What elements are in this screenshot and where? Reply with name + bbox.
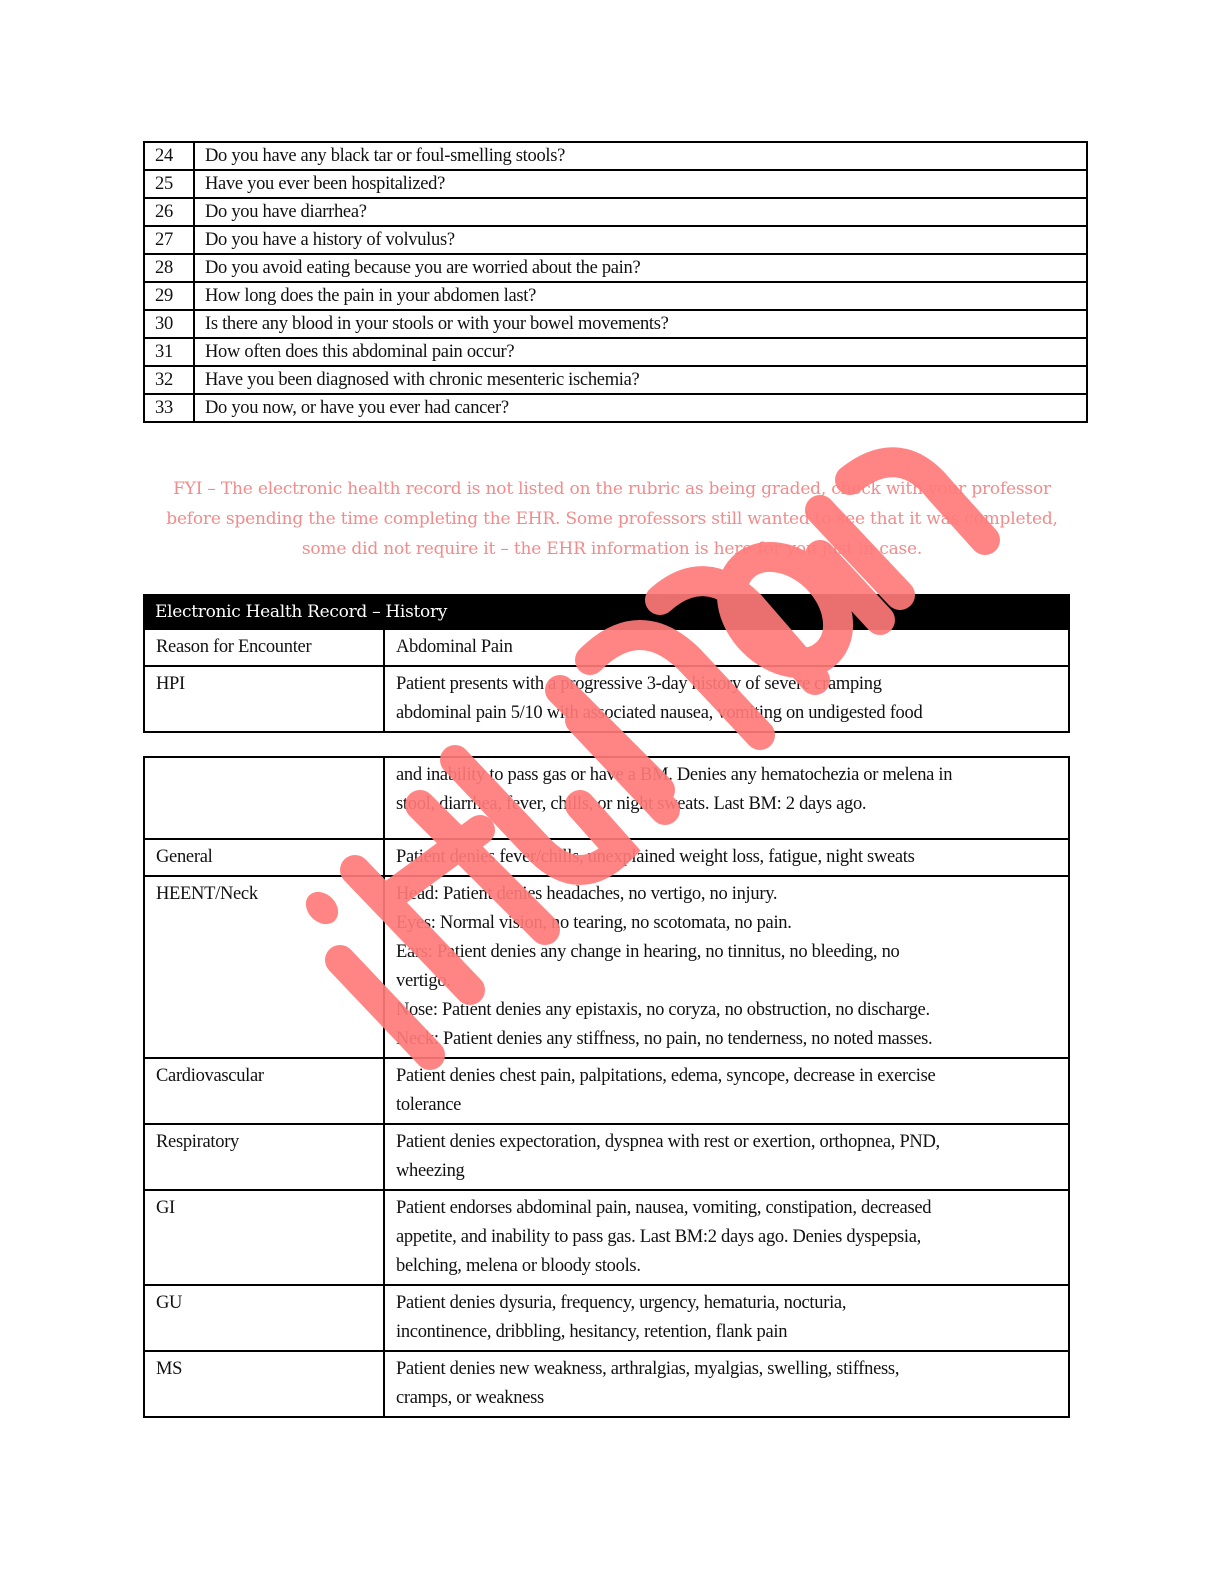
- system-line: Patient denies expectoration, dyspnea wi…: [396, 1128, 1058, 1157]
- question-text: Do you now, or have you ever had cancer?: [194, 394, 1087, 422]
- question-number: 33: [144, 394, 194, 422]
- system-line: Eyes: Normal vision, no tearing, no scot…: [396, 909, 1058, 938]
- question-number: 32: [144, 366, 194, 394]
- system-label: GU: [144, 1285, 384, 1351]
- reason-label: Reason for Encounter: [144, 629, 384, 666]
- ehr-header-row: Electronic Health Record – History: [144, 595, 1069, 629]
- system-value: Patient denies new weakness, arthralgias…: [384, 1351, 1069, 1417]
- hpi-continued-value: and inability to pass gas or have a BM. …: [384, 757, 1069, 839]
- system-label: GI: [144, 1190, 384, 1285]
- hpi-value: Patient presents with a progressive 3-da…: [384, 666, 1069, 732]
- question-row: 29How long does the pain in your abdomen…: [144, 282, 1087, 310]
- system-line: incontinence, dribbling, hesitancy, rete…: [396, 1318, 1058, 1347]
- question-text: Have you been diagnosed with chronic mes…: [194, 366, 1087, 394]
- system-line: Patient denies dysuria, frequency, urgen…: [396, 1289, 1058, 1318]
- question-number: 25: [144, 170, 194, 198]
- hpi-line: stool, diarrhea, fever, chills, or night…: [396, 790, 1058, 819]
- ehr-row-respiratory: RespiratoryPatient denies expectoration,…: [144, 1124, 1069, 1190]
- reason-value: Abdominal Pain: [384, 629, 1069, 666]
- document-page: 24Do you have any black tar or foul-smel…: [0, 0, 1224, 1584]
- ehr-row-cardiovascular: CardiovascularPatient denies chest pain,…: [144, 1058, 1069, 1124]
- question-row: 33Do you now, or have you ever had cance…: [144, 394, 1087, 422]
- question-text: Do you have diarrhea?: [194, 198, 1087, 226]
- system-label: MS: [144, 1351, 384, 1417]
- question-text: How long does the pain in your abdomen l…: [194, 282, 1087, 310]
- system-label: Respiratory: [144, 1124, 384, 1190]
- system-line: vertigo.: [396, 967, 1058, 996]
- system-line: Neck: Patient denies any stiffness, no p…: [396, 1025, 1058, 1054]
- ehr-row-gi: GIPatient endorses abdominal pain, nause…: [144, 1190, 1069, 1285]
- question-table: 24Do you have any black tar or foul-smel…: [143, 141, 1088, 423]
- system-value: Head: Patient denies headaches, no verti…: [384, 876, 1069, 1058]
- question-row: 31How often does this abdominal pain occ…: [144, 338, 1087, 366]
- question-number: 29: [144, 282, 194, 310]
- question-row: 24Do you have any black tar or foul-smel…: [144, 142, 1087, 170]
- system-line: Nose: Patient denies any epistaxis, no c…: [396, 996, 1058, 1025]
- system-value: Patient endorses abdominal pain, nausea,…: [384, 1190, 1069, 1285]
- system-line: tolerance: [396, 1091, 1058, 1120]
- hpi-continued-label: [144, 757, 384, 839]
- question-row: 27Do you have a history of volvulus?: [144, 226, 1087, 254]
- question-number: 30: [144, 310, 194, 338]
- system-value: Patient denies chest pain, palpitations,…: [384, 1058, 1069, 1124]
- question-text: How often does this abdominal pain occur…: [194, 338, 1087, 366]
- hpi-line: Patient presents with a progressive 3-da…: [396, 670, 1058, 699]
- system-value: Patient denies fever/chills, unexplained…: [384, 839, 1069, 876]
- ehr-history-table: Electronic Health Record – History Reaso…: [143, 594, 1070, 733]
- question-row: 30Is there any blood in your stools or w…: [144, 310, 1087, 338]
- question-text: Do you have any black tar or foul-smelli…: [194, 142, 1087, 170]
- system-value: Patient denies dysuria, frequency, urgen…: [384, 1285, 1069, 1351]
- ehr-row-general: GeneralPatient denies fever/chills, unex…: [144, 839, 1069, 876]
- system-label: HEENT/Neck: [144, 876, 384, 1058]
- hpi-line: abdominal pain 5/10 with associated naus…: [396, 699, 1058, 728]
- hpi-line: and inability to pass gas or have a BM. …: [396, 761, 1058, 790]
- question-number: 24: [144, 142, 194, 170]
- ehr-row-reason: Reason for Encounter Abdominal Pain: [144, 629, 1069, 666]
- question-number: 31: [144, 338, 194, 366]
- system-line: Head: Patient denies headaches, no verti…: [396, 880, 1058, 909]
- system-line: Patient denies new weakness, arthralgias…: [396, 1355, 1058, 1384]
- ehr-row-gu: GUPatient denies dysuria, frequency, urg…: [144, 1285, 1069, 1351]
- ehr-row-heent-neck: HEENT/NeckHead: Patient denies headaches…: [144, 876, 1069, 1058]
- question-number: 27: [144, 226, 194, 254]
- system-line: appetite, and inability to pass gas. Las…: [396, 1223, 1058, 1252]
- system-line: Patient endorses abdominal pain, nausea,…: [396, 1194, 1058, 1223]
- question-text: Have you ever been hospitalized?: [194, 170, 1087, 198]
- system-line: Patient denies fever/chills, unexplained…: [396, 843, 1058, 872]
- system-line: belching, melena or bloody stools.: [396, 1252, 1058, 1281]
- question-number: 26: [144, 198, 194, 226]
- question-row: 28Do you avoid eating because you are wo…: [144, 254, 1087, 282]
- ehr-row-hpi-continued: and inability to pass gas or have a BM. …: [144, 757, 1069, 839]
- question-text: Is there any blood in your stools or wit…: [194, 310, 1087, 338]
- system-value: Patient denies expectoration, dyspnea wi…: [384, 1124, 1069, 1190]
- question-text: Do you have a history of volvulus?: [194, 226, 1087, 254]
- system-line: Ears: Patient denies any change in heari…: [396, 938, 1058, 967]
- question-row: 32Have you been diagnosed with chronic m…: [144, 366, 1087, 394]
- ehr-row-ms: MSPatient denies new weakness, arthralgi…: [144, 1351, 1069, 1417]
- system-label: General: [144, 839, 384, 876]
- question-row: 26Do you have diarrhea?: [144, 198, 1087, 226]
- question-text: Do you avoid eating because you are worr…: [194, 254, 1087, 282]
- ehr-ros-table: and inability to pass gas or have a BM. …: [143, 756, 1070, 1418]
- system-line: wheezing: [396, 1157, 1058, 1186]
- hpi-label: HPI: [144, 666, 384, 732]
- question-number: 28: [144, 254, 194, 282]
- ehr-row-hpi: HPI Patient presents with a progressive …: [144, 666, 1069, 732]
- system-line: cramps, or weakness: [396, 1384, 1058, 1413]
- question-row: 25Have you ever been hospitalized?: [144, 170, 1087, 198]
- system-label: Cardiovascular: [144, 1058, 384, 1124]
- ehr-title: Electronic Health Record – History: [144, 595, 1069, 629]
- system-line: Patient denies chest pain, palpitations,…: [396, 1062, 1058, 1091]
- fyi-note: FYI – The electronic health record is no…: [150, 474, 1074, 564]
